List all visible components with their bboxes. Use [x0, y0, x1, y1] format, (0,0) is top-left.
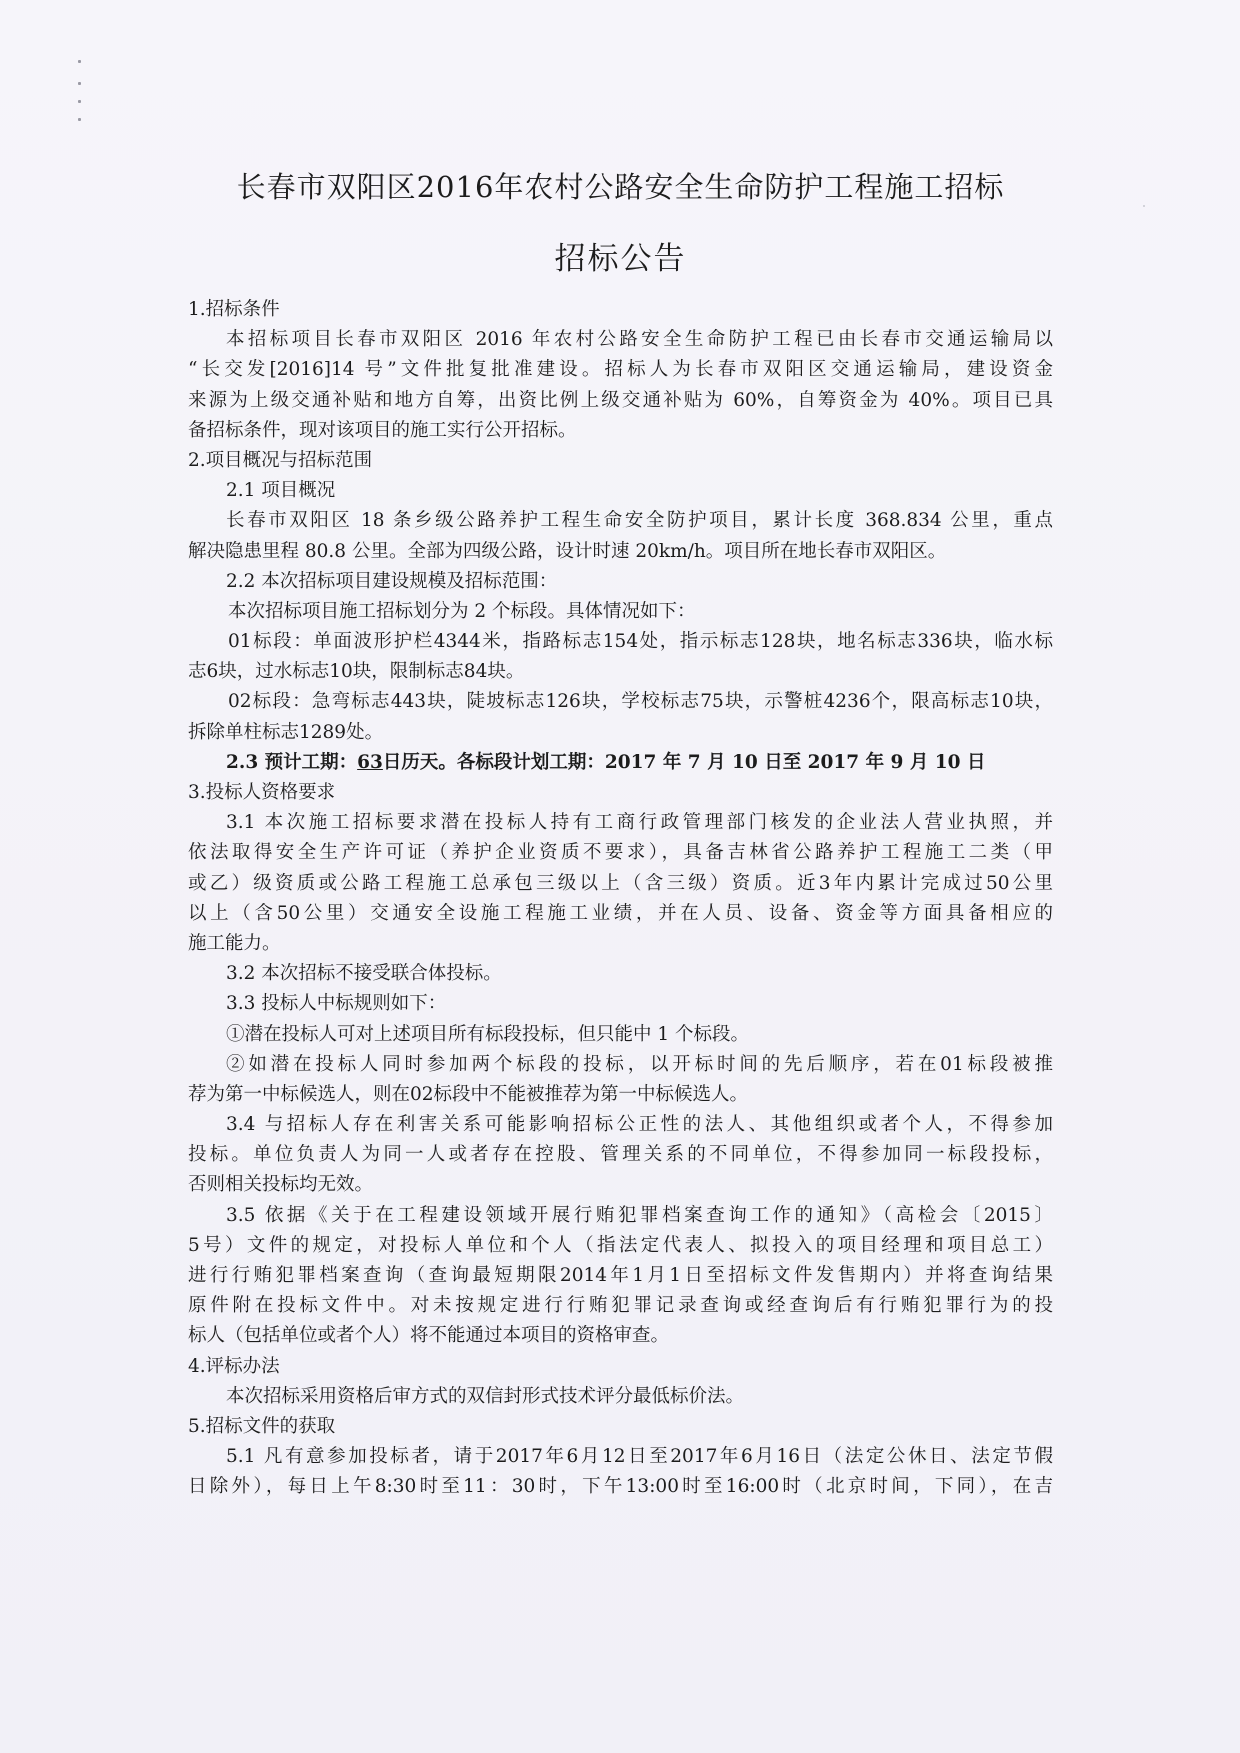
paragraph-line: 3.4 与招标人存在利害关系可能影响招标公正性的法人、其他组织或者个人，不得参加 [188, 1110, 1053, 1140]
paragraph-line: 5.1 凡有意参加投标者，请于2017年6月12日至2017年6月16日（法定公… [188, 1442, 1053, 1472]
paragraph-line: 3.1 本次施工招标要求潜在投标人持有工商行政管理部门核发的企业法人营业执照，并 [188, 808, 1053, 838]
lot-02-line: 拆除单柱标志1289处。 [188, 718, 1053, 748]
paragraph-line: 本次招标采用资格后审方式的双信封形式技术评分最低标价法。 [188, 1382, 1053, 1412]
subsection-heading-2-1: 2.1 项目概况 [188, 476, 1053, 506]
duration-suffix: 日历天。各标段计划工期：2017 年 7 月 10 日至 2017 年 9 月 … [383, 752, 986, 773]
section-heading-4: 4.评标办法 [188, 1352, 1053, 1382]
paragraph-line: “长交发[2016]14 号”文件批复批准建设。招标人为长春市双阳区交通运输局，… [188, 355, 1053, 385]
paragraph-line: 原件附在投标文件中。对未按规定进行行贿犯罪记录查询或经查询后有行贿犯罪行为的投 [188, 1291, 1053, 1321]
paragraph-line: 备招标条件，现对该项目的施工实行公开招标。 [188, 416, 1053, 446]
document-content: 长春市双阳区2016年农村公路安全生命防护工程施工招标 招标公告 1.招标条件 … [188, 165, 1053, 1503]
paragraph-line: 以上（含50公里）交通安全设施工程施工业绩，并在人员、设备、资金等方面具备相应的 [188, 899, 1053, 929]
document-body: 1.招标条件 本招标项目长春市双阳区 2016 年农村公路安全生命防护工程已由长… [188, 295, 1053, 1503]
lot-02-line: 02标段：急弯标志443块，陡坡标志126块，学校标志75块，示警桩4236个，… [188, 687, 1053, 717]
subsection-heading-3-3: 3.3 投标人中标规则如下： [188, 989, 1053, 1019]
paragraph-line: 长春市双阳区 18 条乡级公路养护工程生命安全防护项目，累计长度 368.834… [188, 506, 1053, 536]
paragraph-line: 解决隐患里程 80.8 公里。全部为四级公路，设计时速 20km/h。项目所在地… [188, 537, 1053, 567]
subsection-heading-2-2: 2.2 本次招标项目建设规模及招标范围： [188, 567, 1053, 597]
duration-prefix: 2.3 预计工期： [226, 752, 357, 773]
section-heading-3: 3.投标人资格要求 [188, 778, 1053, 808]
document-subtitle: 招标公告 [188, 237, 1053, 281]
rule-1: ①潜在投标人可对上述项目所有标段投标，但只能中 1 个标段。 [188, 1020, 1053, 1050]
paragraph-line: 3.5 依据《关于在工程建设领域开展行贿犯罪档案查询工作的通知》（高检会〔201… [188, 1201, 1053, 1231]
rule-2: 荐为第一中标候选人，则在02标段中不能被推荐为第一中标候选人。 [188, 1080, 1053, 1110]
paragraph-line: 依法取得安全生产许可证（养护企业资质不要求），具备吉林省公路养护工程施工二类（甲 [188, 838, 1053, 868]
section-heading-5: 5.招标文件的获取 [188, 1412, 1053, 1442]
duration-days: 63 [357, 752, 383, 773]
scan-speck [1143, 205, 1145, 207]
document-title: 长春市双阳区2016年农村公路安全生命防护工程施工招标 [188, 165, 1053, 209]
paragraph-line: 日除外），每日上午8:30时至11：30时，下午13:00时至16:00时（北京… [188, 1472, 1053, 1502]
paragraph-line: 5号）文件的规定，对投标人单位和个人（指法定代表人、拟投入的项目经理和项目总工） [188, 1231, 1053, 1261]
section-heading-1: 1.招标条件 [188, 295, 1053, 325]
paragraph-line: 标人（包括单位或者个人）将不能通过本项目的资格审查。 [188, 1321, 1053, 1351]
paragraph-line: 进行行贿犯罪档案查询（查询最短期限2014年1月1日至招标文件发售期内）并将查询… [188, 1261, 1053, 1291]
paragraph-line: 本招标项目长春市双阳区 2016 年农村公路安全生命防护工程已由长春市交通运输局… [188, 325, 1053, 355]
paragraph-line: 否则相关投标均无效。 [188, 1170, 1053, 1200]
rule-2: ②如潜在投标人同时参加两个标段的投标，以开标时间的先后顺序，若在01标段被推 [188, 1050, 1053, 1080]
section-heading-2: 2.项目概况与招标范围 [188, 446, 1053, 476]
paragraph-line: 或乙）级资质或公路工程施工总承包三级以上（含三级）资质。近3年内累计完成过50公… [188, 869, 1053, 899]
document-page: 长春市双阳区2016年农村公路安全生命防护工程施工招标 招标公告 1.招标条件 … [0, 0, 1240, 1753]
paragraph-line: 投标。单位负责人为同一人或者存在控股、管理关系的不同单位，不得参加同一标段投标， [188, 1140, 1053, 1170]
scan-margin-marks [78, 60, 84, 140]
paragraph-line: 施工能力。 [188, 929, 1053, 959]
lot-01-line: 01标段：单面波形护栏4344米，指路标志154处，指示标志128块，地名标志3… [188, 627, 1053, 657]
paragraph-line: 3.2 本次招标不接受联合体投标。 [188, 959, 1053, 989]
paragraph-line: 本次招标项目施工招标划分为 2 个标段。具体情况如下： [188, 597, 1053, 627]
lot-01-line: 志6块，过水标志10块，限制标志84块。 [188, 657, 1053, 687]
subsection-2-3: 2.3 预计工期：63日历天。各标段计划工期：2017 年 7 月 10 日至 … [188, 748, 1053, 778]
paragraph-line: 来源为上级交通补贴和地方自筹，出资比例上级交通补贴为 60%，自筹资金为 40%… [188, 386, 1053, 416]
